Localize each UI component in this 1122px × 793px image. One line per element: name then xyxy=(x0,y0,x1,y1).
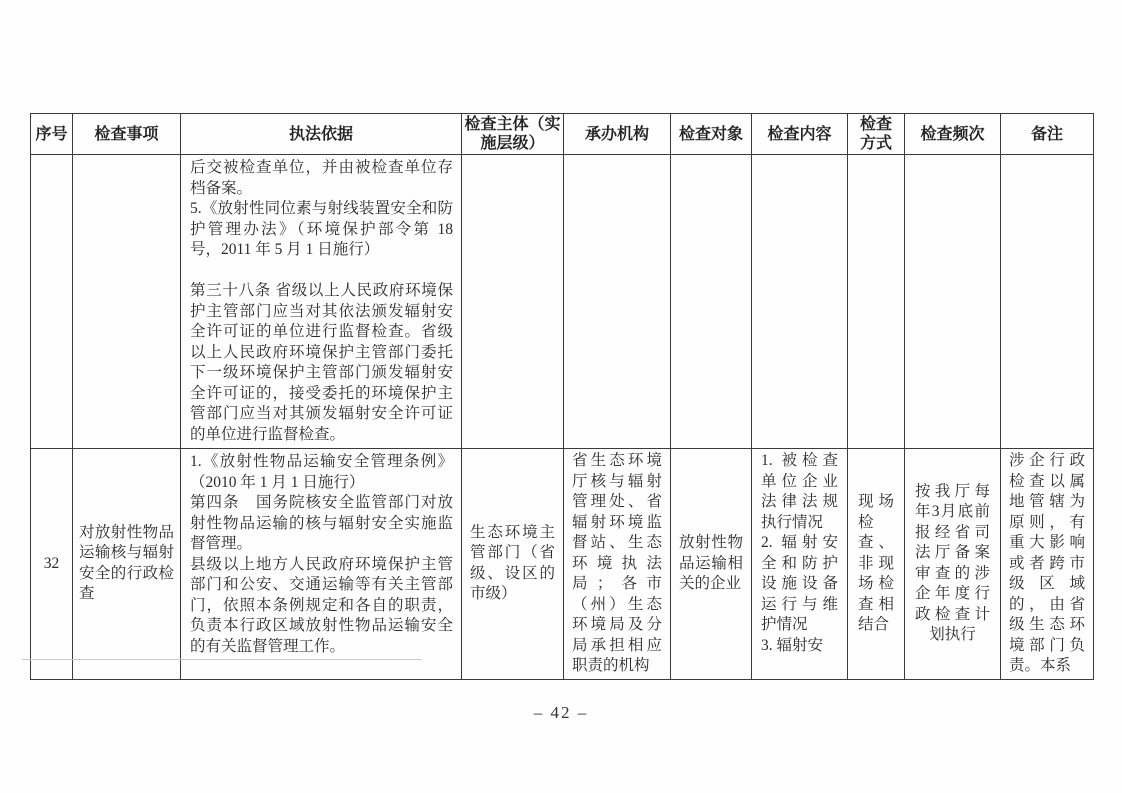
cell-legal-basis: 后交被检查单位，并由被检查单位存档备案。5.《放射性同位素与射线装置安全和防护管… xyxy=(181,155,462,449)
inspection-items-table: 序号 检查事项 执法依据 检查主体（实施层级） 承办机构 检查对象 检查内容 检… xyxy=(30,113,1094,680)
cell-frequency xyxy=(905,155,1001,449)
cell-item xyxy=(73,155,181,449)
col-header-item: 检查事项 xyxy=(73,114,181,155)
col-header-method: 检查方式 xyxy=(848,114,905,155)
cell-target: 放射性物品运输相关的企业 xyxy=(671,449,752,680)
cell-subject: 生态环境主管部门（省级、设区的市级） xyxy=(462,449,564,680)
table-row-32: 32 对放射性物品运输核与辐射安全的行政检查 1.《放射性物品运输安全管理条例》… xyxy=(31,449,1094,680)
col-header-target: 检查对象 xyxy=(671,114,752,155)
cell-target xyxy=(671,155,752,449)
table-header-row: 序号 检查事项 执法依据 检查主体（实施层级） 承办机构 检查对象 检查内容 检… xyxy=(31,114,1094,155)
cell-seq: 32 xyxy=(31,449,73,680)
cell-remark: 涉企行政检查以属地管辖为原则，有重大影响或者跨市级区域的，由省级生态环境部门负责… xyxy=(1001,449,1094,680)
cell-item: 对放射性物品运输核与辐射安全的行政检查 xyxy=(73,449,181,680)
col-header-subject: 检查主体（实施层级） xyxy=(462,114,564,155)
col-header-content: 检查内容 xyxy=(752,114,848,155)
cell-content: 1. 被检查单位企业法律法规执行情况2. 辐射安全和防护设施设备运行与维护情况3… xyxy=(752,449,848,680)
col-header-legal: 执法依据 xyxy=(181,114,462,155)
cell-subject xyxy=(462,155,564,449)
cell-remark xyxy=(1001,155,1094,449)
cell-method xyxy=(848,155,905,449)
col-header-seq: 序号 xyxy=(31,114,73,155)
scanned-document-page: 序号 检查事项 执法依据 检查主体（实施层级） 承办机构 检查对象 检查内容 检… xyxy=(0,0,1122,793)
table-row-continuation: 后交被检查单位，并由被检查单位存档备案。5.《放射性同位素与射线装置安全和防护管… xyxy=(31,155,1094,449)
scan-artifact-line xyxy=(22,659,422,660)
cell-seq xyxy=(31,155,73,449)
col-header-frequency: 检查频次 xyxy=(905,114,1001,155)
cell-agency xyxy=(564,155,671,449)
cell-content xyxy=(752,155,848,449)
cell-legal-basis: 1.《放射性物品运输安全管理条例》（2010 年 1 月 1 日施行）第四条 国… xyxy=(181,449,462,680)
cell-agency: 省生态环境厅核与辐射管理处、省辐射环境监督站、生态环境执法局；各市（州）生态环境… xyxy=(564,449,671,680)
col-header-agency: 承办机构 xyxy=(564,114,671,155)
col-header-remark: 备注 xyxy=(1001,114,1094,155)
cell-frequency: 按我厅每年3月底前报经省司法厅备案审查的涉企年度行政检查计划执行 xyxy=(905,449,1001,680)
cell-method: 现场检查、非现场检查相结合 xyxy=(848,449,905,680)
page-number: – 42 – xyxy=(0,703,1122,723)
